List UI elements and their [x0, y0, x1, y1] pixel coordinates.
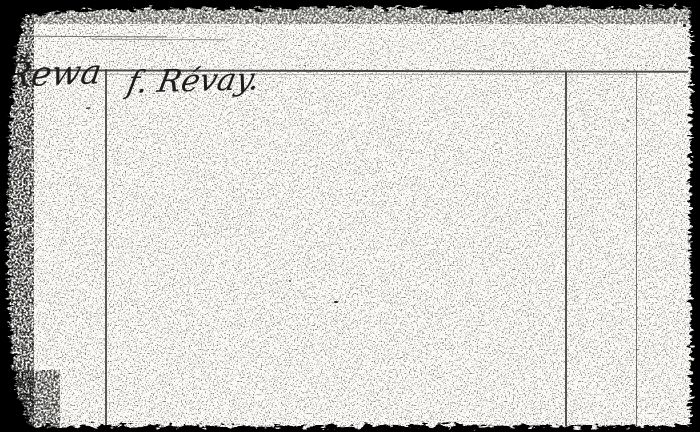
main-entry-handwriting: f. Révay. [125, 64, 262, 98]
top-edge-speckle-fringe [0, 0, 700, 24]
ink-speck [202, 16, 205, 18]
scan-noise-layer [0, 0, 700, 432]
scan-border-right [690, 0, 700, 432]
ink-speck [289, 280, 291, 282]
scan-border-left [0, 0, 36, 432]
scanned-card-page: Řewa f. Révay. - [0, 0, 700, 432]
table-header-rule [22, 69, 688, 72]
bottom-left-speckle-fringe [0, 370, 60, 432]
pencil-underline-top-faint [92, 39, 225, 40]
scan-border-layer [0, 0, 700, 432]
right-column-divider-1 [565, 72, 567, 426]
right-column-divider-2 [636, 72, 637, 426]
ink-speck [627, 120, 629, 122]
dash-mark: - [84, 97, 92, 119]
table-header-rule-echo [107, 74, 647, 75]
pencil-underline-top [15, 36, 167, 38]
scan-border-bottom [0, 426, 700, 432]
margin-column-divider [105, 69, 107, 426]
paper-grain-noise [0, 0, 700, 432]
ink-speck [683, 24, 686, 27]
ink-speck [334, 301, 338, 303]
scan-border-top [0, 0, 700, 19]
left-edge-speckle-fringe [0, 0, 34, 432]
margin-entry-handwriting: Řewa [3, 55, 103, 92]
